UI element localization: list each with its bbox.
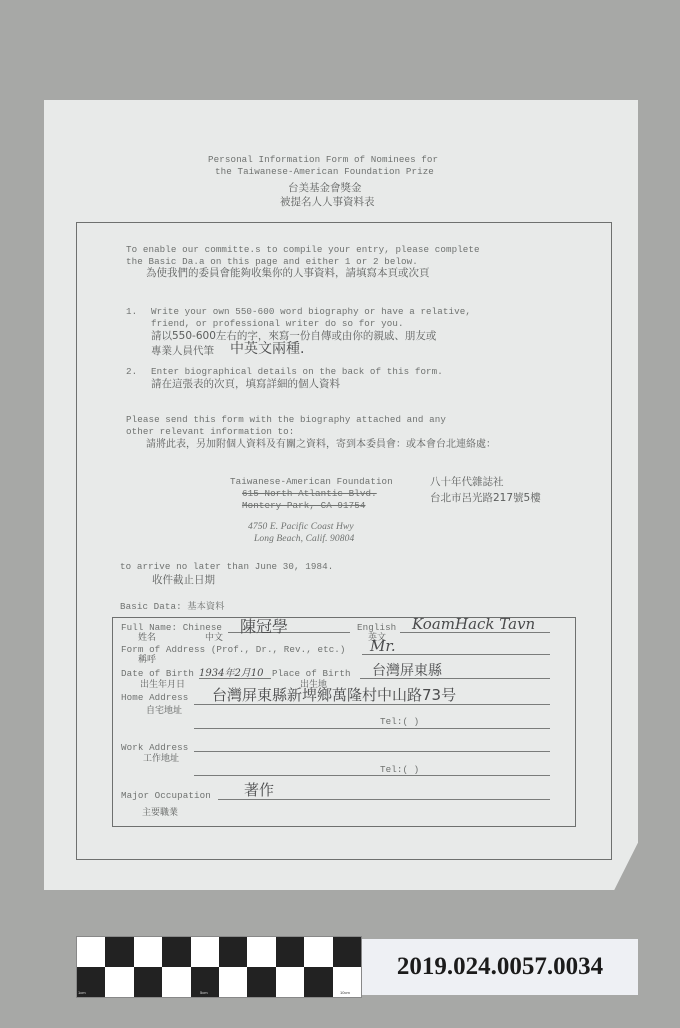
address-org: Taiwanese-American Foundation xyxy=(230,476,393,487)
work-address-field[interactable] xyxy=(194,751,550,752)
occupation-zh-label: 主要職業 xyxy=(142,805,178,818)
dob-field[interactable]: 1934年2月10 xyxy=(199,664,264,679)
address-new-line-1: 4750 E. Pacific Coast Hwy xyxy=(248,522,354,532)
basic-data-label: Basic Data: 基本資料 xyxy=(120,598,225,612)
title-en-line-2: the Taiwanese-American Foundation Prize xyxy=(215,166,434,177)
address-old-line-2: Montery Park, CA 91754 xyxy=(242,500,366,511)
title-zh-line-2: 被提名人人事資料表 xyxy=(280,194,375,209)
occupation-label: Major Occupation xyxy=(121,790,211,801)
deadline-zh: 收件截止日期 xyxy=(152,572,215,587)
item2-number: 2. xyxy=(126,366,137,377)
title-en-line-1: Personal Information Form of Nominees fo… xyxy=(208,154,438,165)
address-zh-line-2: 台北市呂光路217號5樓 xyxy=(430,490,541,505)
dob-zh-label: 出生年月日 xyxy=(140,677,185,690)
work-address-zh-label: 工作地址 xyxy=(143,751,179,764)
title-zh-line-1: 台美基金會獎金 xyxy=(288,180,362,195)
intro-en-line-1: To enable our committe.s to compile your… xyxy=(126,244,480,255)
occupation-field[interactable]: 著作 xyxy=(244,779,274,800)
form-of-address-zh-label: 稱呼 xyxy=(138,652,156,665)
work-tel-line[interactable] xyxy=(194,775,550,776)
item1-number: 1. xyxy=(126,306,137,317)
address-old-line-1: 615 North Atlantic Blvd. xyxy=(242,488,377,499)
home-address-label: Home Address xyxy=(121,692,188,703)
address-zh-line-1: 八十年代雜誌社 xyxy=(430,474,504,489)
intro-zh: 為使我們的委員會能夠收集你的人事資料，請填寫本頁或次頁 xyxy=(146,265,430,280)
item1-handwritten-note: 中英文兩種. xyxy=(230,338,304,358)
pob-field[interactable]: 台灣屏東縣 xyxy=(372,660,442,680)
chinese-zh-label: 中文 xyxy=(205,630,223,643)
item1-en-line-1: Write your own 550-600 word biography or… xyxy=(151,306,471,317)
home-tel-line[interactable] xyxy=(194,728,550,729)
work-tel-label: Tel:( ) xyxy=(380,764,419,775)
scale-label-5cm: 5cm xyxy=(200,990,208,995)
item2-zh: 請在這張表的次頁，填寫詳細的個人資料 xyxy=(151,376,340,391)
home-tel-label: Tel:( ) xyxy=(380,716,419,727)
item1-zh-line-2: 專業人員代筆 xyxy=(151,343,214,358)
send-zh: 請將此表，另加附個人資料及有關之資料，寄到本委員會：或本會台北連絡處： xyxy=(146,435,496,450)
full-name-zh-label: 姓名 xyxy=(138,630,156,643)
color-scale-bar xyxy=(76,936,362,998)
form-of-address-field[interactable]: Mr. xyxy=(370,637,396,655)
home-address-field[interactable]: 台灣屏東縣新埤鄉萬隆村中山路73号 xyxy=(212,684,456,705)
scale-label-10cm: 10cm xyxy=(340,990,350,995)
address-new-line-2: Long Beach, Calif. 90804 xyxy=(254,534,354,544)
chinese-name-field[interactable]: 陳冠學 xyxy=(240,614,288,637)
accession-number: 2019.024.0057.0034 xyxy=(362,939,638,995)
dob-line xyxy=(199,678,271,679)
english-name-field[interactable]: KoamHack Tavn xyxy=(412,615,535,633)
send-en-line-1: Please send this form with the biography… xyxy=(126,414,446,425)
scale-label-1cm: 1cm xyxy=(78,990,86,995)
home-address-zh-label: 自宅地址 xyxy=(146,703,182,716)
deadline-en: to arrive no later than June 30, 1984. xyxy=(120,561,333,572)
